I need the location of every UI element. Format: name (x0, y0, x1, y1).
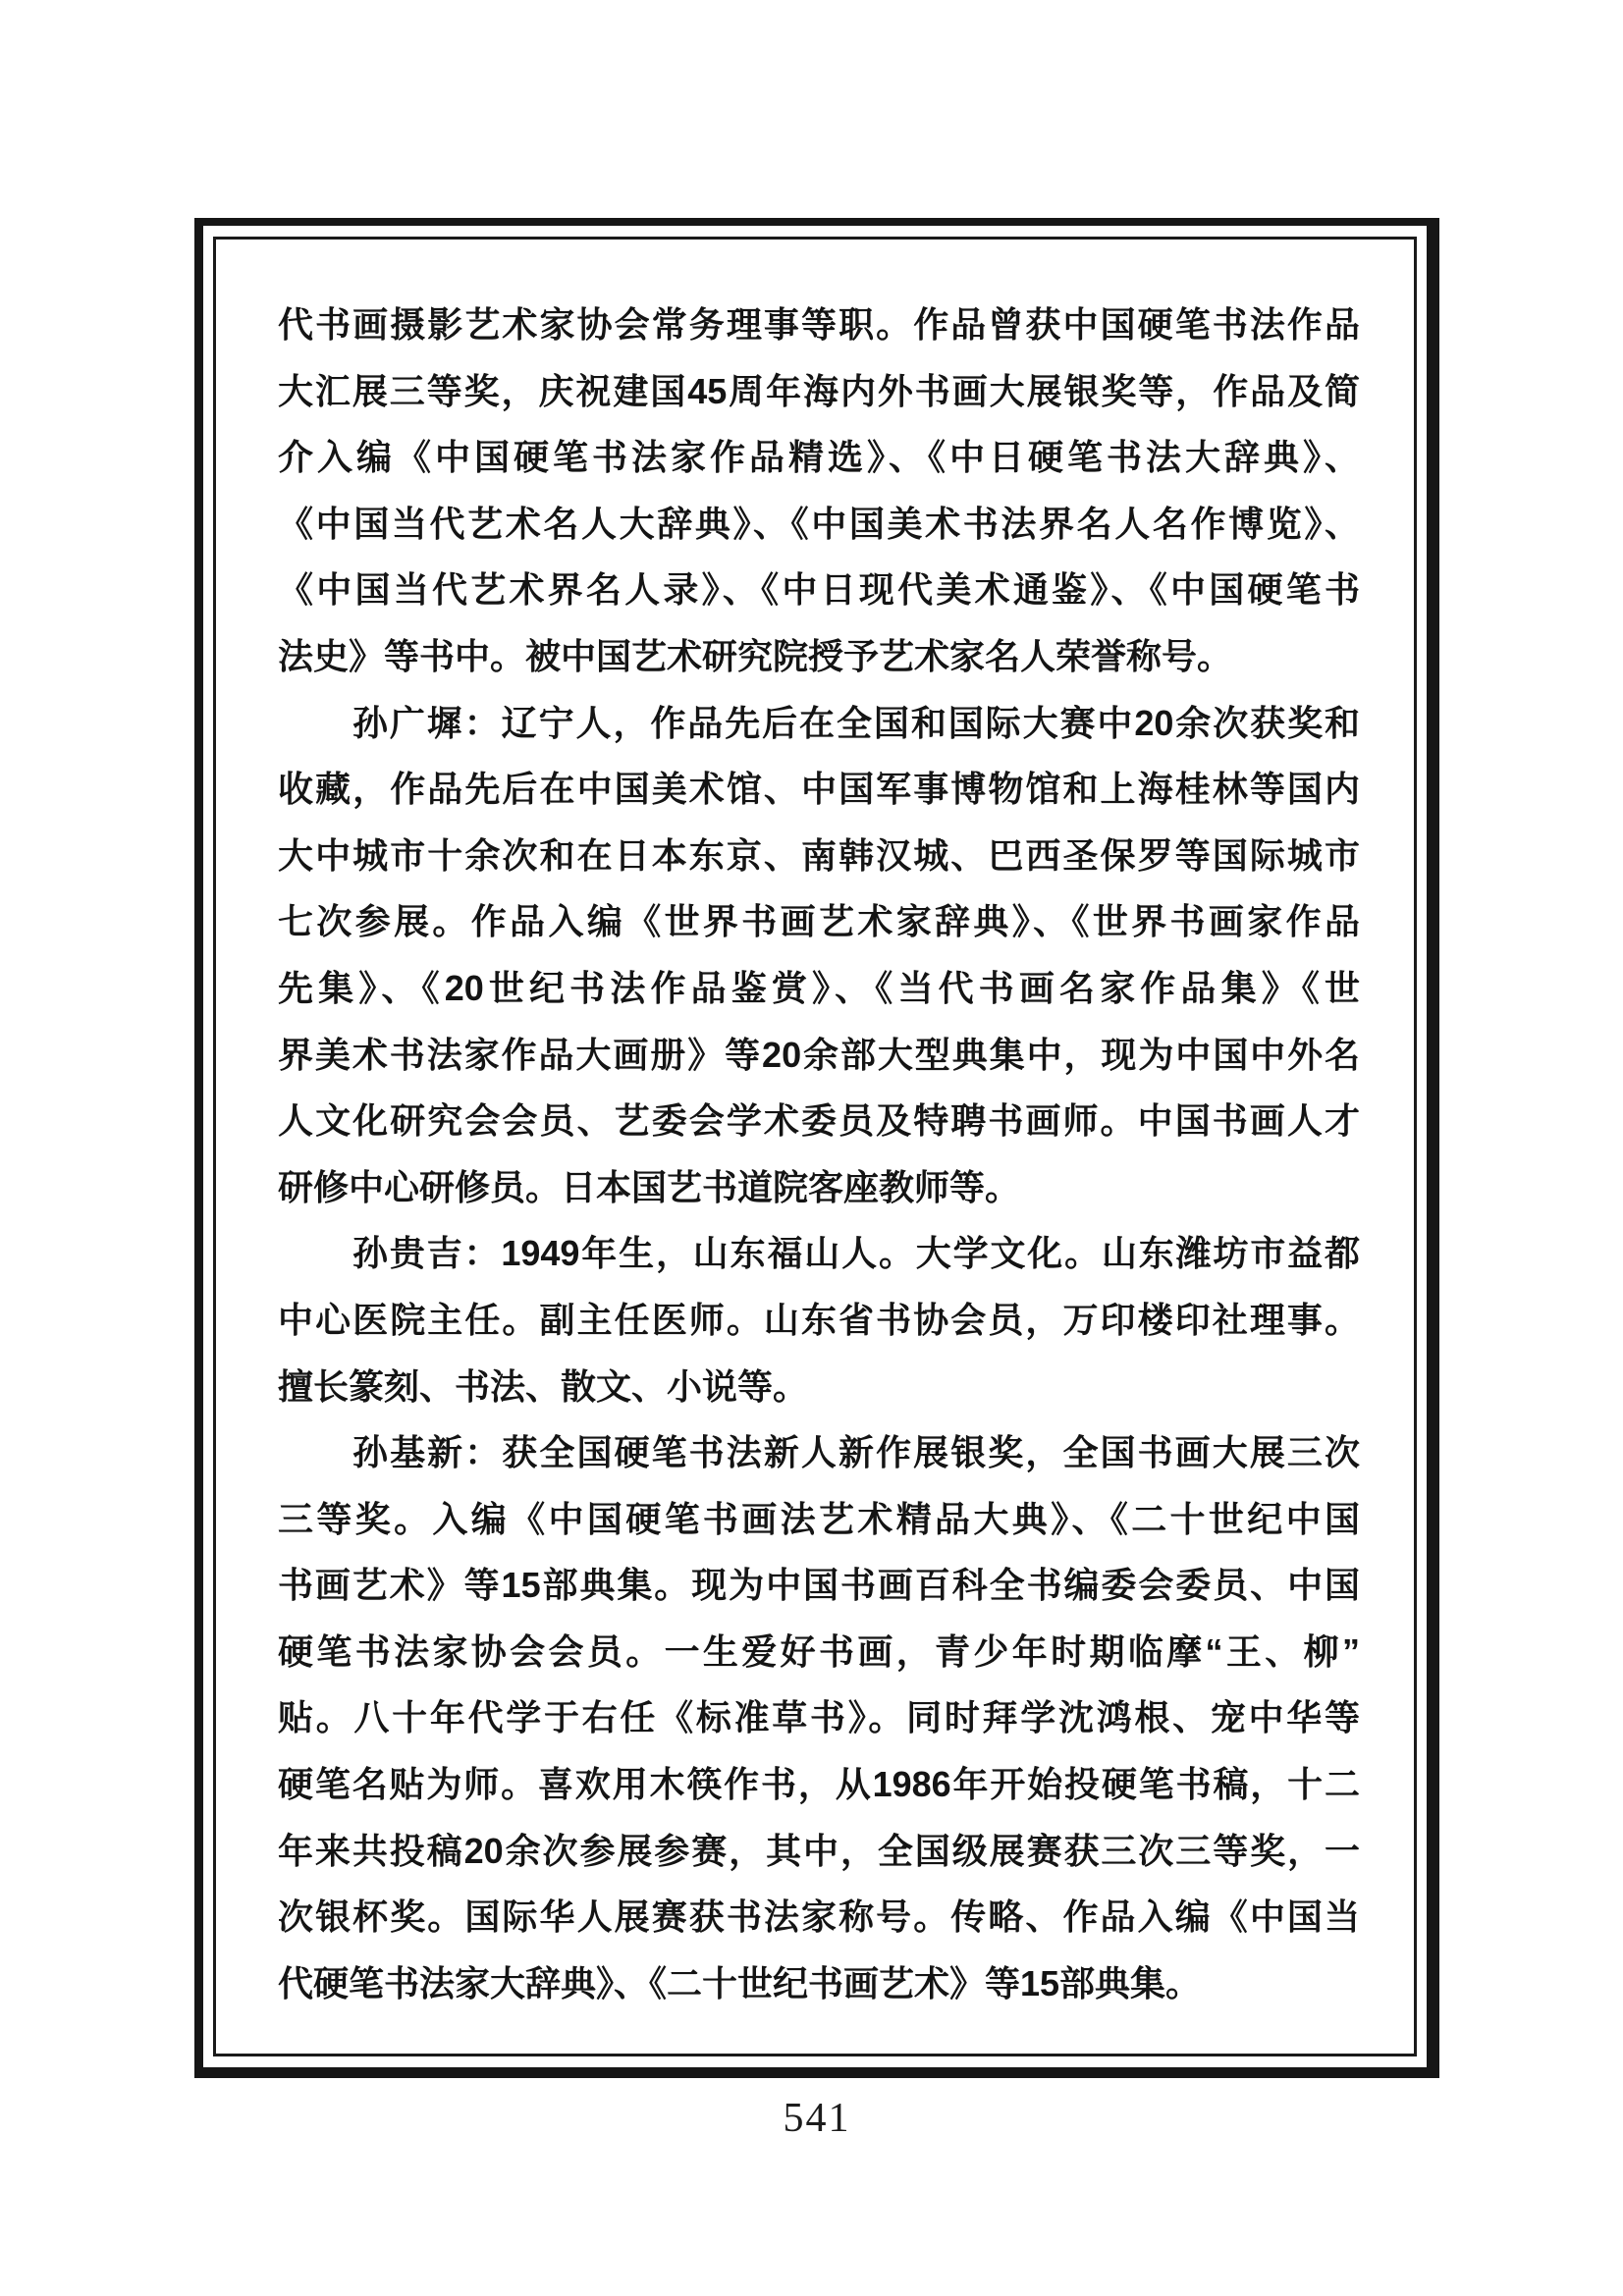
page-border-frame: 代书画摄影艺术家协会常务理事等职。作品曾获中国硬笔书法作品 大汇展三等奖，庆祝建… (194, 218, 1439, 2078)
text-line: 七次参展。作品入编《世界书画艺术家辞典》、《世界书画家作品 (278, 888, 1360, 955)
text-line: 年来共投稿20余次参展参赛，其中，全国级展赛获三次三等奖，一 (278, 1818, 1360, 1885)
text-line: 收藏，作品先后在中国美术馆、中国军事博物馆和上海桂林等国内 (278, 756, 1360, 823)
paragraph: 孙基新：获全国硬笔书法新人新作展银奖，全国书画大展三次 三等奖。入编《中国硬笔书… (278, 1419, 1360, 2016)
text-line: 孙基新：获全国硬笔书法新人新作展银奖，全国书画大展三次 (278, 1419, 1360, 1486)
text-line: 擅长篆刻、书法、散文、小说等。 (278, 1354, 1360, 1420)
text-line: 先集》、《20世纪书法作品鉴赏》、《当代书画名家作品集》《世 (278, 955, 1360, 1022)
text-line: 书画艺术》等15部典集。现为中国书画百科全书编委会委员、中国 (278, 1552, 1360, 1619)
paragraph: 孙贵吉：1949年生，山东福山人。大学文化。山东潍坊市益都 中心医院主任。副主任… (278, 1220, 1360, 1419)
page-number: 541 (194, 2095, 1439, 2142)
text-line: 孙贵吉：1949年生，山东福山人。大学文化。山东潍坊市益都 (278, 1220, 1360, 1287)
text-line: 人文化研究会会员、艺委会学术委员及特聘书画师。中国书画人才 (278, 1088, 1360, 1154)
text-line: 介入编《中国硬笔书法家作品精选》、《中日硬笔书法大辞典》、 (278, 424, 1360, 491)
text-line: 贴。八十年代学于右任《标准草书》。同时拜学沈鸿根、宠中华等 (278, 1684, 1360, 1751)
text-line: 三等奖。入编《中国硬笔书画法艺术精品大典》、《二十世纪中国 (278, 1486, 1360, 1553)
text-line: 孙广墀：辽宁人，作品先后在全国和国际大赛中20余次获奖和 (278, 690, 1360, 757)
text-line: 硬笔名贴为师。喜欢用木筷作书，从1986年开始投硬笔书稿，十二 (278, 1751, 1360, 1818)
text-line: 大中城市十余次和在日本东京、南韩汉城、巴西圣保罗等国际城市 (278, 823, 1360, 889)
text-line: 研修中心研修员。日本国艺书道院客座教师等。 (278, 1154, 1360, 1221)
text-line: 法史》等书中。被中国艺术研究院授予艺术家名人荣誉称号。 (278, 623, 1360, 690)
inner-border-frame: 代书画摄影艺术家协会常务理事等职。作品曾获中国硬笔书法作品 大汇展三等奖，庆祝建… (213, 237, 1417, 2056)
text-line: 中心医院主任。副主任医师。山东省书协会员，万印楼印社理事。 (278, 1287, 1360, 1354)
text-line: 硬笔书法家协会会员。一生爱好书画，青少年时期临摩“王、柳” (278, 1619, 1360, 1685)
text-line: 代硬笔书法家大辞典》、《二十世纪书画艺术》等15部典集。 (278, 1950, 1360, 2017)
paragraph: 孙广墀：辽宁人，作品先后在全国和国际大赛中20余次获奖和 收藏，作品先后在中国美… (278, 690, 1360, 1221)
text-line: 次银杯奖。国际华人展赛获书法家称号。传略、作品入编《中国当 (278, 1884, 1360, 1950)
text-line: 界美术书法家作品大画册》等20余部大型典集中，现为中国中外名 (278, 1022, 1360, 1089)
paragraph: 代书画摄影艺术家协会常务理事等职。作品曾获中国硬笔书法作品 大汇展三等奖，庆祝建… (278, 292, 1360, 690)
text-line: 代书画摄影艺术家协会常务理事等职。作品曾获中国硬笔书法作品 (278, 292, 1360, 358)
text-block: 代书画摄影艺术家协会常务理事等职。作品曾获中国硬笔书法作品 大汇展三等奖，庆祝建… (278, 292, 1360, 2016)
text-line: 《中国当代艺术界名人录》、《中日现代美术通鉴》、《中国硬笔书 (278, 557, 1360, 623)
text-line: 《中国当代艺术名人大辞典》、《中国美术书法界名人名作博览》、 (278, 491, 1360, 558)
text-line: 大汇展三等奖，庆祝建国45周年海内外书画大展银奖等，作品及简 (278, 358, 1360, 425)
